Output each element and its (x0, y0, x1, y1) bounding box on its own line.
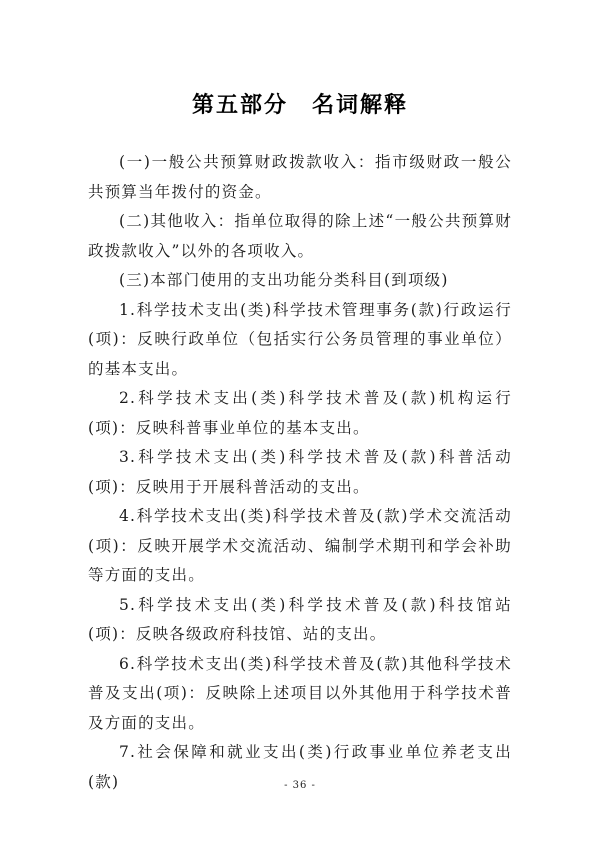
paragraph-item-3: 3.科学技术支出(类)科学技术普及(款)科普活动(项)：反映用于开展科普活动的支… (88, 443, 512, 502)
page-number: - 36 - (0, 780, 600, 791)
document-content: 第五部分 名词解释 (一)一般公共预算财政拨款收入：指市级财政一般公共预算当年拨… (88, 90, 512, 797)
paragraph-item-4: 4.科学技术支出(类)科学技术普及(款)学术交流活动(项)：反映开展学术交流活动… (88, 502, 512, 591)
paragraph-item-6: 6.科学技术支出(类)科学技术普及(款)其他科学技术普及支出(项)：反映除上述项… (88, 650, 512, 739)
document-page: 第五部分 名词解释 (一)一般公共预算财政拨款收入：指市级财政一般公共预算当年拨… (0, 0, 600, 848)
paragraph-general-budget-income: (一)一般公共预算财政拨款收入：指市级财政一般公共预算当年拨付的资金。 (88, 148, 512, 207)
page-title: 第五部分 名词解释 (88, 90, 512, 120)
paragraph-item-5: 5.科学技术支出(类)科学技术普及(款)科技馆站(项)：反映各级政府科技馆、站的… (88, 591, 512, 650)
paragraph-expenditure-categories-heading: (三)本部门使用的支出功能分类科目(到项级) (88, 266, 512, 296)
paragraph-item-2: 2.科学技术支出(类)科学技术普及(款)机构运行(项)：反映科普事业单位的基本支… (88, 384, 512, 443)
paragraph-item-1: 1.科学技术支出(类)科学技术管理事务(款)行政运行(项)：反映行政单位（包括实… (88, 296, 512, 385)
paragraph-other-income: (二)其他收入：指单位取得的除上述“一般公共预算财政拨款收入”以外的各项收入。 (88, 207, 512, 266)
